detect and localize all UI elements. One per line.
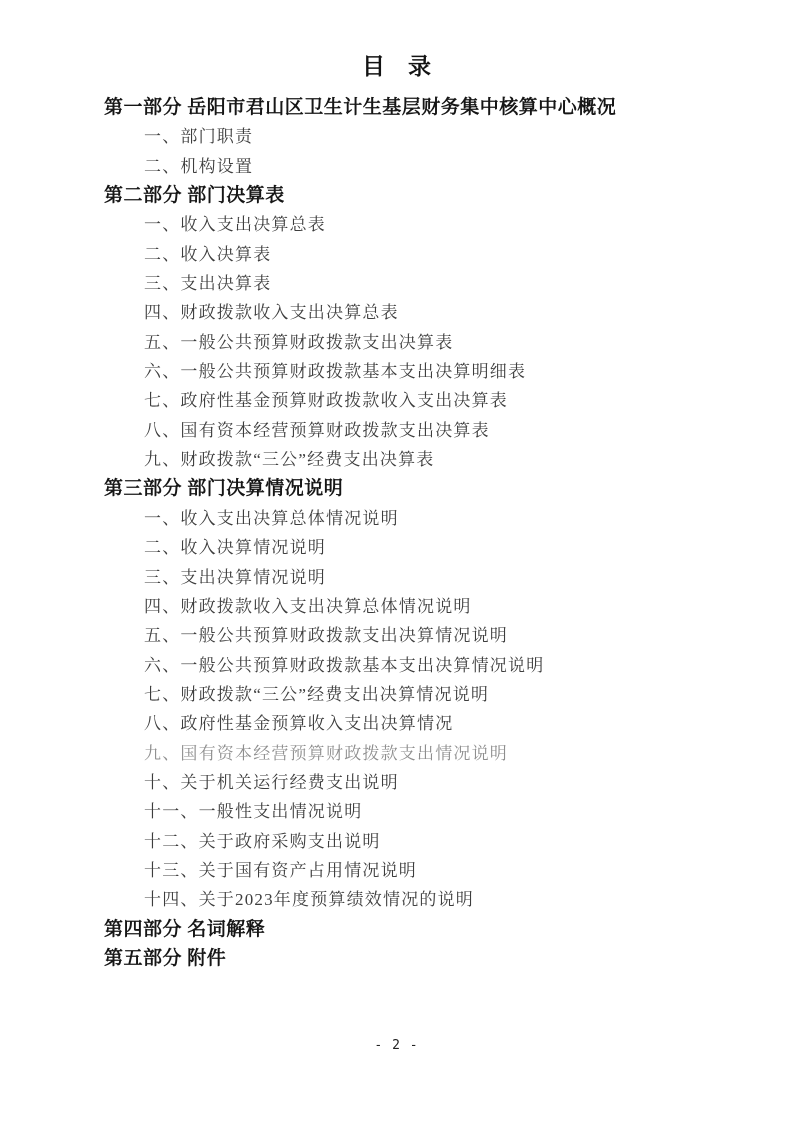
toc-part-4: 第四部分 名词解释 (0, 915, 793, 944)
toc-part-2: 第二部分 部门决算表 (0, 181, 793, 210)
table-of-contents: 第一部分 岳阳市君山区卫生计生基层财务集中核算中心概况 一、部门职责 二、机构设… (0, 93, 793, 973)
toc-part-1: 第一部分 岳阳市君山区卫生计生基层财务集中核算中心概况 (0, 93, 793, 122)
toc-item: 十二、关于政府采购支出说明 (0, 827, 793, 856)
toc-item: 十一、一般性支出情况说明 (0, 797, 793, 826)
toc-item: 三、支出决算情况说明 (0, 563, 793, 592)
toc-item: 十、关于机关运行经费支出说明 (0, 768, 793, 797)
page-title: 目 录 (0, 53, 793, 81)
page-number: - 2 - (0, 1038, 793, 1054)
toc-item: 五、一般公共预算财政拨款支出决算表 (0, 328, 793, 357)
toc-item: 六、一般公共预算财政拨款基本支出决算情况说明 (0, 651, 793, 680)
toc-item: 三、支出决算表 (0, 269, 793, 298)
toc-item: 八、国有资本经营预算财政拨款支出决算表 (0, 416, 793, 445)
toc-item: 二、机构设置 (0, 152, 793, 181)
toc-item: 二、收入决算表 (0, 240, 793, 269)
toc-item: 一、收入支出决算总表 (0, 210, 793, 239)
toc-item: 七、财政拨款“三公”经费支出决算情况说明 (0, 680, 793, 709)
toc-item: 十四、关于2023年度预算绩效情况的说明 (0, 885, 793, 914)
toc-item-muted: 九、国有资本经营预算财政拨款支出情况说明 (0, 739, 793, 768)
toc-item: 六、一般公共预算财政拨款基本支出决算明细表 (0, 357, 793, 386)
toc-item: 二、收入决算情况说明 (0, 533, 793, 562)
toc-item: 七、政府性基金预算财政拨款收入支出决算表 (0, 386, 793, 415)
toc-item: 四、财政拨款收入支出决算总体情况说明 (0, 592, 793, 621)
toc-item: 八、政府性基金预算收入支出决算情况 (0, 709, 793, 738)
toc-part-3: 第三部分 部门决算情况说明 (0, 474, 793, 503)
toc-item: 一、部门职责 (0, 122, 793, 151)
toc-item: 五、一般公共预算财政拨款支出决算情况说明 (0, 621, 793, 650)
document-page: 目 录 第一部分 岳阳市君山区卫生计生基层财务集中核算中心概况 一、部门职责 二… (0, 0, 793, 1122)
toc-item: 一、收入支出决算总体情况说明 (0, 504, 793, 533)
toc-item: 十三、关于国有资产占用情况说明 (0, 856, 793, 885)
toc-item: 四、财政拨款收入支出决算总表 (0, 298, 793, 327)
toc-item: 九、财政拨款“三公”经费支出决算表 (0, 445, 793, 474)
toc-part-5: 第五部分 附件 (0, 944, 793, 973)
